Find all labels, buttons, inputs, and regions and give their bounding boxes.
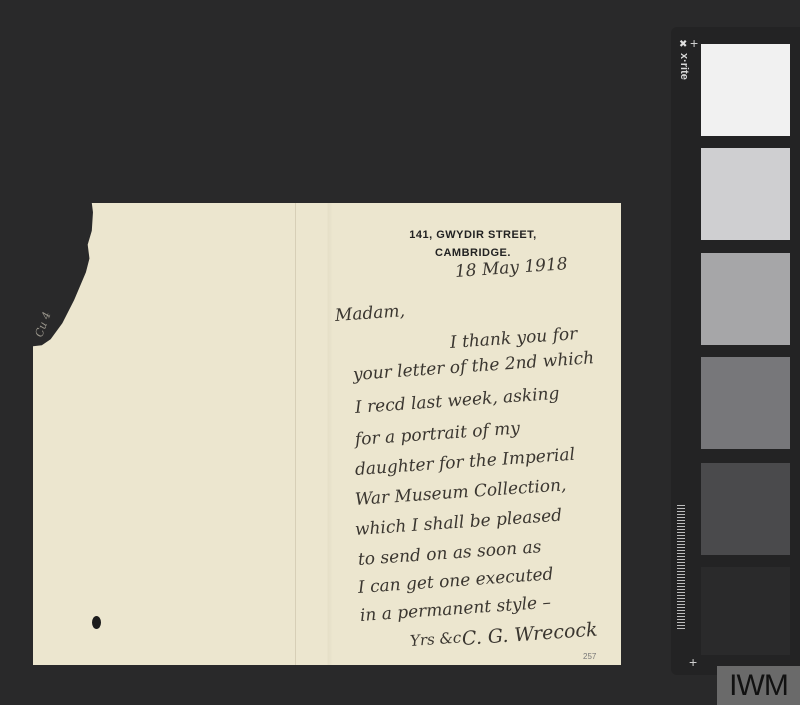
page-number: 257 <box>583 652 596 661</box>
patch-black <box>701 567 790 655</box>
measurement-ruler <box>677 505 685 629</box>
closing: Yrs &c <box>409 628 461 650</box>
patch-white <box>701 44 790 136</box>
patch-light-gray <box>701 148 790 240</box>
crosshair-icon: + <box>690 36 698 50</box>
paper-fold-line <box>295 203 296 665</box>
patch-mid-gray <box>701 253 790 345</box>
letterhead-address: 141, GWYDIR STREET, <box>388 226 558 244</box>
crosshair-icon: + <box>689 655 697 669</box>
pencil-annotation: Cu 4 <box>32 310 53 339</box>
xrite-logo-icon: ✖ <box>679 40 689 50</box>
patch-dark-gray <box>701 357 790 449</box>
chart-brand: x·rite <box>678 53 690 80</box>
patch-charcoal <box>701 463 790 555</box>
punch-hole <box>92 616 101 629</box>
iwm-watermark: IWM <box>717 666 800 705</box>
